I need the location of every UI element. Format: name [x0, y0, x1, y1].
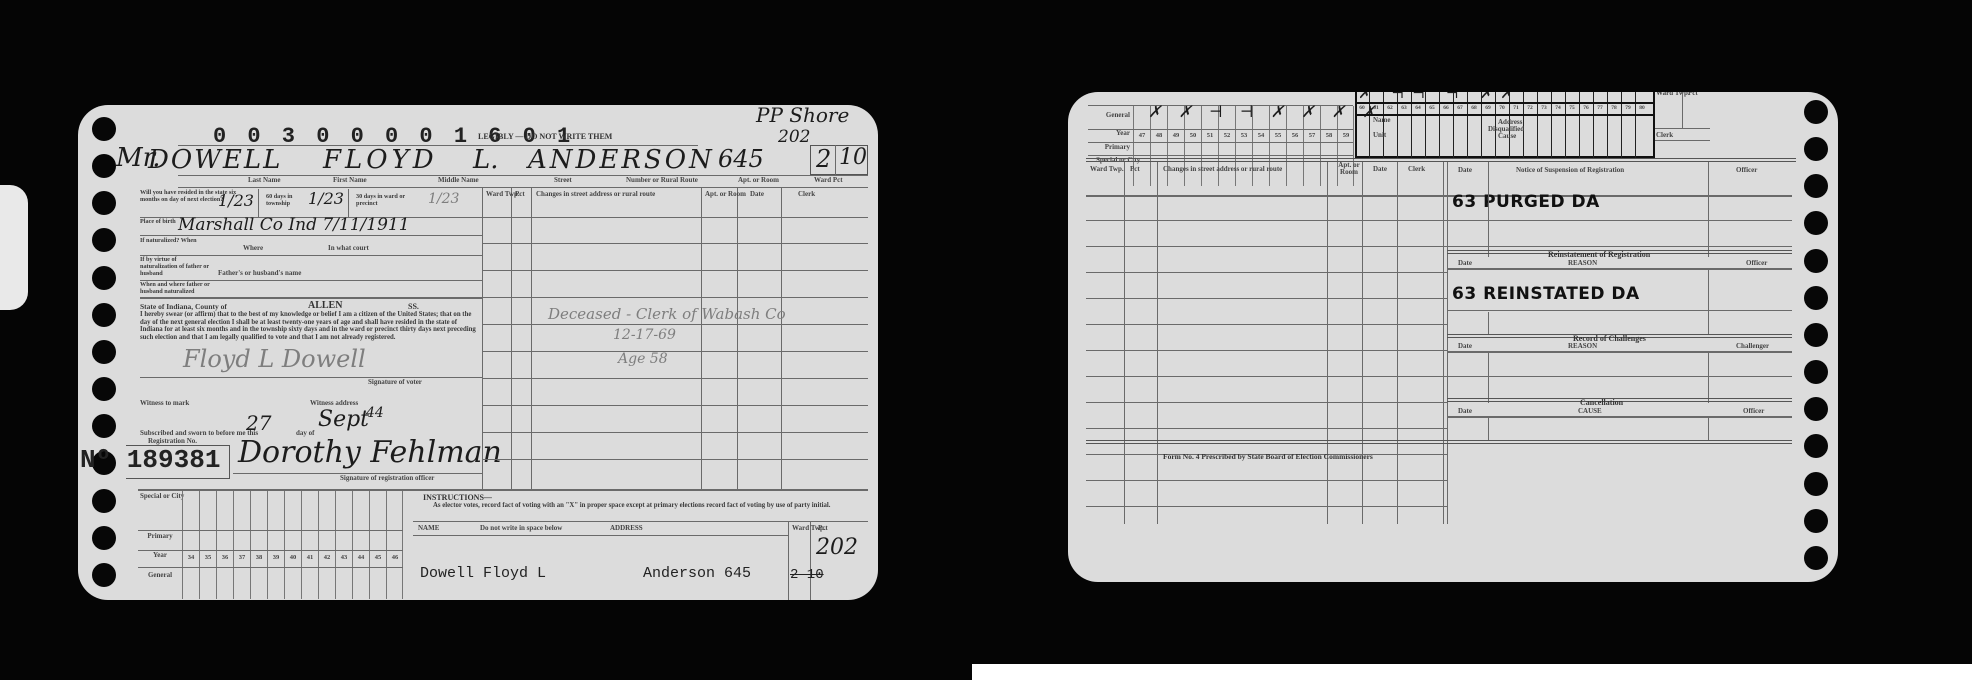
label-officer-signature: Signature of registration officer — [340, 475, 434, 482]
rule — [178, 187, 868, 188]
year-cell: 50 — [1184, 132, 1201, 139]
rule — [482, 378, 868, 379]
year-cell: 79 — [1621, 105, 1635, 111]
label-apt: Apt. or Room — [738, 177, 779, 184]
note-pp-shore: PP Shore — [756, 105, 849, 127]
rule — [1086, 220, 1447, 221]
col-changes: Changes in street address or rural route — [536, 191, 655, 198]
vote-col — [233, 491, 250, 599]
year-cell: 58 — [1320, 132, 1337, 139]
year-cell: 78 — [1607, 105, 1621, 111]
col-pct: Pct — [515, 191, 525, 198]
deceased-age: Age 58 — [618, 351, 668, 367]
footer-name-label: NAME — [418, 525, 439, 532]
label-first-name: First Name — [333, 177, 367, 184]
typed-address: Anderson 645 — [643, 565, 751, 582]
label-where: Where — [243, 245, 263, 252]
oath-county-prefix: State of Indiana, County of — [140, 302, 227, 311]
ward-value: 2 — [816, 145, 831, 173]
scanner-margin-strip — [972, 664, 1972, 680]
rule — [482, 432, 868, 433]
rule — [781, 187, 782, 489]
rule — [810, 521, 811, 600]
year-cell: 63 — [1397, 105, 1411, 111]
vote-col — [386, 491, 403, 599]
handwritten-pct: 202 — [816, 535, 858, 560]
rule — [138, 530, 403, 531]
vote-col — [182, 491, 199, 599]
col-reinstatement-officer: Officer — [1746, 260, 1767, 267]
label-clerk: Clerk — [1656, 132, 1673, 139]
rule — [1086, 195, 1447, 197]
year-cell: 72 — [1523, 105, 1537, 111]
a-precinct: 1/23 — [428, 191, 459, 207]
year-cell: 55 — [1269, 132, 1286, 139]
label-name: Name — [1373, 117, 1391, 124]
punch-hole-icon — [1804, 472, 1828, 496]
year-cell: 64 — [1411, 105, 1425, 111]
rule — [1447, 162, 1448, 524]
middle-name: L. — [473, 145, 499, 175]
col-suspension-date: Date — [1458, 167, 1472, 174]
adjacent-card-edge — [0, 185, 28, 310]
row-year: Year — [140, 552, 180, 559]
rule — [482, 187, 483, 489]
rule — [788, 521, 789, 600]
year-cell: 35 — [199, 554, 216, 561]
year-cell: 57 — [1303, 132, 1320, 139]
rule — [138, 550, 403, 551]
label-middle-name: Middle Name — [438, 177, 479, 184]
col-challenges-challenger: Challenger — [1736, 343, 1769, 350]
rule — [1708, 270, 1709, 335]
year-cell: 71 — [1509, 105, 1523, 111]
reinstatement-title: Reinstatement of Registration — [1548, 250, 1650, 259]
vote-marks-left: ✗ ✗ ⊣ ⊣ ✗ ✗ ✗ ✗ — [1148, 102, 1382, 121]
rule — [1086, 272, 1447, 273]
rule — [413, 521, 868, 522]
year-cell: 56 — [1286, 132, 1303, 139]
oath-ss: SS. — [408, 302, 419, 311]
year-cell: 61 — [1369, 105, 1383, 111]
rule — [482, 405, 868, 406]
col-cancellation-date: Date — [1458, 408, 1472, 415]
vote-col — [301, 491, 318, 599]
rule — [482, 459, 868, 460]
label-court: In what court — [328, 245, 369, 252]
col-suspension-officer: Officer — [1736, 167, 1757, 174]
year-cell: 75 — [1565, 105, 1579, 111]
rule — [1086, 402, 1447, 403]
rule — [1488, 312, 1489, 335]
rule — [1655, 140, 1710, 141]
rule — [482, 351, 868, 352]
col-clerk: Clerk — [1408, 166, 1425, 173]
year-cell: 80 — [1635, 105, 1649, 111]
year-cell: 34 — [182, 554, 199, 561]
year-cell: 43 — [335, 554, 352, 561]
col-ward-twp: Ward Twp. — [1090, 166, 1120, 173]
punch-hole-icon — [1804, 546, 1828, 570]
instructions-text: As elector votes, record fact of voting … — [433, 502, 853, 510]
typed-name: Dowell Floyd L — [420, 565, 546, 582]
street-number: 645 — [718, 145, 764, 173]
punch-hole-icon — [92, 340, 116, 364]
rule — [1488, 162, 1489, 257]
rule — [1086, 428, 1447, 429]
punch-hole-icon — [1804, 360, 1828, 384]
punch-holes-right — [1804, 100, 1828, 570]
punch-hole-icon — [1804, 211, 1828, 235]
punch-hole-icon — [92, 228, 116, 252]
q-precinct: 30 days in ward or precinct — [356, 193, 426, 207]
back-vote-years-left: 47 48 49 50 51 52 53 54 55 56 57 58 59 — [1133, 132, 1354, 139]
punch-hole-icon — [1804, 174, 1828, 198]
last-name: DOWELL — [148, 145, 282, 175]
year-cell: 49 — [1167, 132, 1184, 139]
punch-hole-icon — [1804, 100, 1828, 124]
struck-ward-pct: 2 10 — [790, 567, 824, 583]
rule — [1362, 162, 1363, 524]
year-cell: 68 — [1467, 105, 1481, 111]
rule — [1086, 158, 1796, 162]
col-clerk: Clerk — [798, 191, 815, 198]
rule — [511, 187, 512, 489]
rule — [482, 297, 868, 298]
rule — [737, 187, 738, 489]
rule — [1086, 350, 1447, 351]
vote-col — [335, 491, 352, 599]
col-reinstatement-reason: REASON — [1568, 260, 1597, 267]
year-cell: 65 — [1425, 105, 1439, 111]
rule — [1088, 142, 1353, 143]
front-vote-grid — [182, 491, 403, 599]
year-cell: 54 — [1252, 132, 1269, 139]
rule — [138, 567, 403, 568]
purged-stamp: 63 PURGED DA — [1452, 192, 1600, 212]
front-vote-years: 34 35 36 37 38 39 40 41 42 43 44 45 46 — [182, 554, 403, 561]
rule — [1488, 353, 1489, 403]
rule — [482, 243, 868, 244]
a-birth: Marshall Co Ind 7/11/1911 — [178, 215, 410, 235]
punch-hole-icon — [92, 303, 116, 327]
rule — [1488, 418, 1489, 440]
row-primary: Primary — [140, 533, 180, 540]
col-reinstatement-date: Date — [1458, 260, 1472, 267]
year-cell: 42 — [318, 554, 335, 561]
rule — [701, 187, 702, 489]
rule — [1708, 162, 1709, 257]
rule — [1447, 351, 1792, 353]
punch-hole-icon — [92, 117, 116, 141]
first-name: FLOYD — [323, 145, 438, 175]
punch-hole-icon — [1804, 249, 1828, 273]
rule — [1355, 102, 1655, 104]
col-pct: Pct — [1130, 166, 1140, 173]
punch-hole-icon — [92, 489, 116, 513]
street-name: ANDERSON — [528, 145, 715, 175]
footer-address-label: ADDRESS — [610, 525, 643, 532]
form-footer: Form No. 4 Prescribed by State Board of … — [1163, 452, 1373, 461]
rule — [140, 235, 482, 236]
ward-pct-divider — [835, 145, 836, 175]
label-cause: Cause — [1498, 133, 1516, 140]
rule — [482, 270, 868, 271]
reinstated-stamp: 63 REINSTATED DA — [1452, 284, 1640, 304]
rule — [1655, 128, 1710, 129]
rule — [1327, 162, 1328, 524]
deceased-date: 12-17-69 — [613, 327, 676, 343]
vote-col — [318, 491, 335, 599]
year-cell: 70 — [1495, 105, 1509, 111]
rule — [1708, 418, 1709, 440]
rule — [1447, 220, 1792, 221]
label-witness: Witness to mark — [140, 400, 189, 407]
sworn-day: 27 — [246, 411, 271, 435]
row-year: Year — [1096, 130, 1130, 137]
year-cell: 45 — [369, 554, 386, 561]
rule — [1088, 155, 1353, 156]
col-date: Date — [750, 191, 764, 198]
punch-hole-icon — [92, 563, 116, 587]
punch-hole-icon — [1804, 323, 1828, 347]
rule — [1447, 416, 1792, 418]
row-general: General — [140, 572, 180, 579]
a-state-residence: 1/23 — [218, 191, 254, 210]
year-cell: 74 — [1551, 105, 1565, 111]
row-primary: Primary — [1096, 144, 1130, 151]
punch-hole-icon — [1804, 137, 1828, 161]
vote-col — [284, 491, 301, 599]
year-cell: 76 — [1579, 105, 1593, 111]
punch-hole-icon — [92, 377, 116, 401]
rule — [413, 535, 788, 536]
year-cell: 37 — [233, 554, 250, 561]
rule — [1443, 162, 1444, 524]
label-pct: Pct — [1688, 92, 1698, 97]
punch-hole-icon — [92, 526, 116, 550]
precinct-value: 10 — [839, 145, 867, 170]
rule — [1088, 129, 1353, 130]
punch-hole-icon — [1804, 434, 1828, 458]
year-cell: 59 — [1337, 132, 1354, 139]
a-township: 1/23 — [308, 189, 344, 208]
punch-hole-icon — [92, 191, 116, 215]
label-ward-twp: Ward Twp. — [1656, 92, 1690, 97]
rule — [348, 189, 349, 217]
year-cell: 62 — [1383, 105, 1397, 111]
year-cell: 67 — [1453, 105, 1467, 111]
rule — [258, 189, 259, 217]
label-voter-signature: Signature of voter — [368, 379, 422, 386]
punch-hole-icon — [92, 414, 116, 438]
q-father-naturalization: If by virtue of naturalization of father… — [140, 256, 210, 277]
rule — [140, 377, 482, 378]
registration-number: Nº 189381 — [80, 445, 220, 475]
cancellation-title: Cancellation — [1580, 398, 1623, 407]
year-cell: 73 — [1537, 105, 1551, 111]
rule — [1086, 298, 1447, 299]
label-ward-pct: Ward Pct — [814, 177, 843, 184]
col-changes: Changes in street address or rural route — [1163, 166, 1282, 173]
label-father-name: Father's or husband's name — [218, 270, 301, 277]
rule — [140, 297, 482, 299]
rule — [531, 187, 532, 489]
col-challenges-reason: REASON — [1568, 343, 1597, 350]
rule — [1086, 440, 1792, 444]
year-cell: 44 — [352, 554, 369, 561]
deceased-note: Deceased - Clerk of Wabash Co — [548, 305, 786, 323]
year-cell: 52 — [1218, 132, 1235, 139]
year-cell: 60 — [1355, 105, 1369, 111]
year-cell: 46 — [386, 554, 403, 561]
rule — [1447, 310, 1792, 311]
year-cell: 41 — [301, 554, 318, 561]
footer-pct-label: Pct — [818, 525, 828, 532]
year-cell: 53 — [1235, 132, 1252, 139]
punch-holes-left — [92, 117, 116, 587]
rule — [1124, 162, 1125, 524]
year-cell: 48 — [1150, 132, 1167, 139]
instructions-title: INSTRUCTIONS— — [423, 493, 492, 502]
year-cell: 69 — [1481, 105, 1495, 111]
label-number: Number or Rural Route — [626, 177, 698, 184]
rule — [1355, 114, 1655, 116]
rule — [1086, 376, 1447, 377]
rule — [1086, 480, 1447, 481]
label-street: Street — [554, 177, 572, 184]
rule — [1157, 162, 1158, 524]
year-cell: 66 — [1439, 105, 1453, 111]
vote-col — [199, 491, 216, 599]
rule — [482, 324, 868, 325]
year-cell: 77 — [1593, 105, 1607, 111]
registration-card-front: 0 0 3 0 0 0 0 1 6 0 1 LEGIBLY — DO NOT W… — [78, 105, 878, 600]
q-birth: Place of birth — [140, 218, 180, 225]
year-cell: 39 — [267, 554, 284, 561]
year-cell: 38 — [250, 554, 267, 561]
punch-hole-icon — [1804, 509, 1828, 533]
row-general: General — [1096, 112, 1130, 119]
vote-col — [267, 491, 284, 599]
year-cell: 47 — [1133, 132, 1150, 139]
year-cell: 51 — [1201, 132, 1218, 139]
punch-hole-icon — [1804, 397, 1828, 421]
year-cell: 40 — [284, 554, 301, 561]
vote-marks-right: ✗ ⊣⊣ ⊣ ✗✗ — [1358, 92, 1521, 102]
oath-text: I hereby swear (or affirm) that to the b… — [140, 311, 480, 341]
col-cancellation-officer: Officer — [1743, 408, 1764, 415]
rule — [1086, 246, 1447, 247]
rule — [482, 217, 868, 218]
rule — [1708, 353, 1709, 403]
punch-hole-icon — [92, 266, 116, 290]
q-naturalized: If naturalized? When — [140, 237, 340, 244]
vote-col — [250, 491, 267, 599]
officer-signature: Dorothy Fehlman — [238, 435, 502, 470]
back-vote-years-right: 60 61 62 63 64 65 66 67 68 69 70 71 72 7… — [1355, 105, 1649, 111]
vote-col — [352, 491, 369, 599]
col-date: Date — [1373, 166, 1387, 173]
col-challenges-date: Date — [1458, 343, 1472, 350]
col-apt: Apt. or Room — [705, 191, 746, 198]
rule — [1682, 92, 1683, 128]
year-cell: 36 — [216, 554, 233, 561]
note-202: 202 — [778, 127, 810, 147]
q-when-where: When and where father or husband natural… — [140, 281, 230, 295]
footer-do-not-write: Do not write in space below — [480, 525, 562, 532]
rule — [1086, 324, 1447, 325]
voter-signature: Floyd L Dowell — [183, 345, 366, 373]
vote-col — [369, 491, 386, 599]
rule — [1397, 162, 1398, 524]
rule — [1086, 506, 1447, 507]
label-unit: Unit — [1373, 132, 1386, 139]
oath-county: ALLEN — [308, 300, 342, 311]
vote-col — [216, 491, 233, 599]
sworn-year: 44 — [366, 405, 384, 421]
label-last-name: Last Name — [248, 177, 280, 184]
registration-card-back: General Year Primary Special or City 47 … — [1068, 92, 1838, 582]
rule — [1447, 246, 1792, 247]
col-cancellation-cause: CAUSE — [1578, 408, 1602, 415]
row-special: Special or City — [140, 493, 180, 500]
rule — [1447, 268, 1792, 270]
col-suspension-notice: Notice of Suspension of Registration — [1516, 167, 1624, 174]
punch-hole-icon — [1804, 286, 1828, 310]
sworn-month: Sept — [318, 407, 369, 432]
punch-hole-icon — [92, 154, 116, 178]
header-notice: LEGIBLY — DO NOT WRITE THEM — [478, 132, 612, 141]
col-apt: Apt. or Room — [1334, 162, 1364, 177]
rule — [1447, 376, 1792, 377]
